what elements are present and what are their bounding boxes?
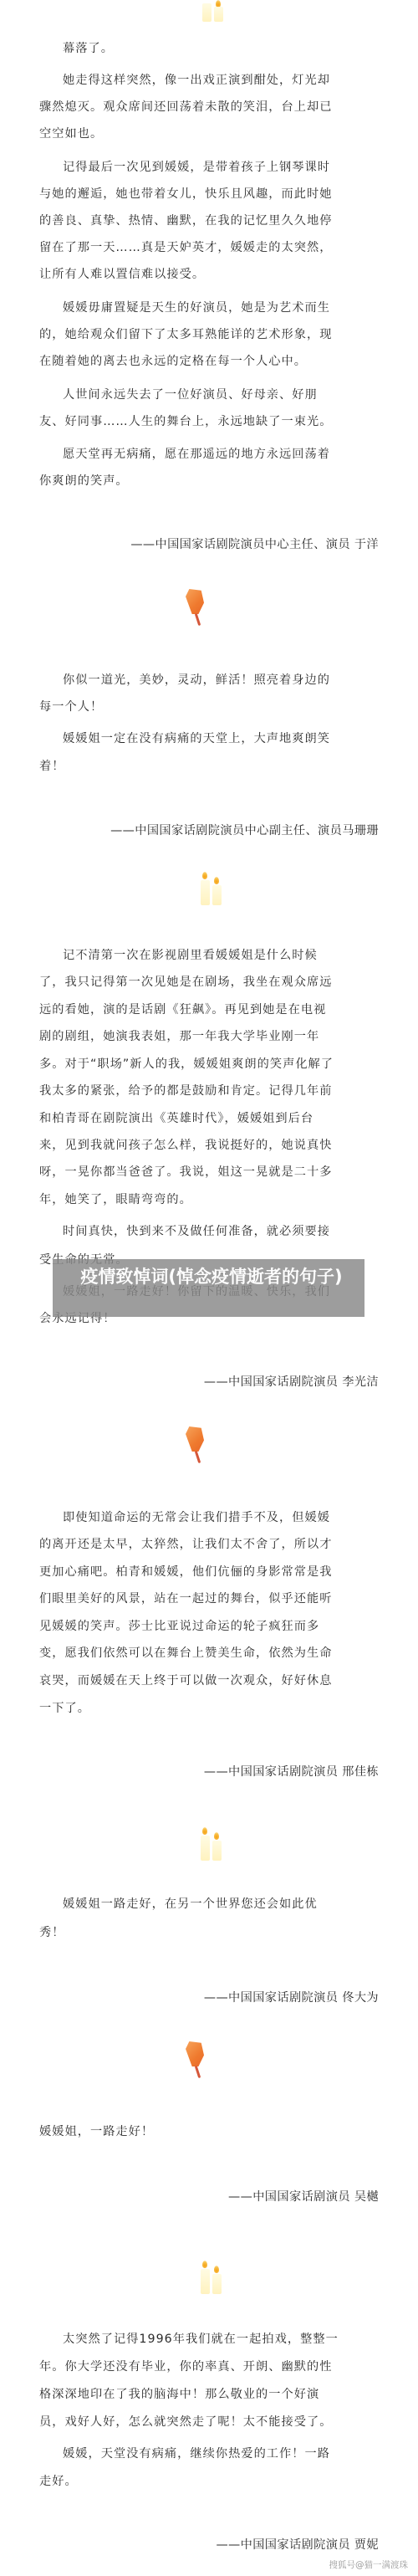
paragraph-line: 媛媛姐一路走好，在另一个世界您还会如此优	[63, 1896, 379, 1913]
candle-icon	[192, 2261, 226, 2294]
paragraph-line: 媛媛毋庸置疑是天生的好演员，她是为艺术而生	[63, 300, 379, 316]
lantern-icon	[184, 1426, 212, 1468]
paragraph-line: 空空如也。	[39, 125, 379, 142]
signature: ——中国国家话剧院演员 贾妮	[216, 2537, 379, 2553]
paragraph-line: 哀哭，而媛媛在天上终于可以做一次观众，好好休息	[39, 1672, 379, 1689]
paragraph-line: 友、好同事……人生的舞台上，永远地缺了一束光。	[39, 413, 379, 430]
candle-icon	[192, 1827, 226, 1861]
paragraph-line: 了，我只记得第一次见她是在剧场，我坐在观众席远	[39, 974, 379, 991]
paragraph-line: 格深深地印在了我的脑海中！那么敬业的一个好演	[39, 2386, 379, 2403]
paragraph-line: 留在了那一天……真是天妒英才，媛媛走的太突然，	[39, 239, 379, 256]
paragraph-line: 年，她笑了，眼睛弯弯的。	[39, 1191, 379, 1208]
paragraph-line: 我太多的紧张，给予的都是鼓励和肯定。记得几年前	[39, 1083, 379, 1099]
paragraph-line: 和柏青哥在剧院演出《英雄时代》，媛媛姐到后台	[39, 1110, 379, 1127]
paragraph-line: 秀！	[39, 1924, 379, 1941]
paragraph-line: 更加心痛吧。柏青和媛媛，他们伉俪的身影常常是我	[39, 1564, 379, 1580]
candle-icon	[192, 872, 226, 905]
paragraph-line: 你爽朗的笑声。	[39, 473, 379, 489]
signature: ——中国国家话剧院演员 邢佳栋	[204, 1764, 379, 1780]
paragraph-line: 记不清第一次在影视剧里看媛媛姐是什么时候	[63, 947, 379, 964]
paragraph-line: 她走得这样突然，像一出戏正演到酣处，灯光却	[63, 72, 379, 89]
paragraph-line: 你似一道光，美妙，灵动，鲜活！照亮着身边的	[63, 672, 379, 689]
paragraph-line: 的，她给观众们留下了太多耳熟能详的艺术形象，现	[39, 326, 379, 343]
title-overlay-banner: 疫情致悼词(悼念疫情逝者的句子)	[53, 1259, 364, 1317]
paragraph-line: 员，戏好人好，怎么就突然走了呢！太不能接受了。	[39, 2414, 379, 2430]
signature: ——中国国家话剧演员 吴樾	[228, 2189, 379, 2205]
paragraph-line: 媛媛姐，一路走好！	[39, 2123, 379, 2140]
paragraph-line: 剧的剧组，她演我表姐，那一年我大学毕业刚一年	[39, 1028, 379, 1045]
paragraph-line: 来，见到我就问孩子怎么样，我说挺好的，她说真快	[39, 1137, 379, 1154]
paragraph-line: 即使知道命运的无常会让我们措手不及，但媛媛	[63, 1509, 379, 1526]
paragraph-line: 与她的邂逅，她也带着女儿，快乐且风趣，而此时她	[39, 186, 379, 202]
source-watermark: 搜狐号@猫一满渡珠	[329, 2558, 409, 2571]
paragraph-line: 着！	[39, 758, 379, 775]
paragraph-line: 记得最后一次见到媛媛，是带着孩子上钢琴课时	[63, 159, 379, 176]
paragraph-line: 时间真快，快到来不及做任何准备，就必须要接	[63, 1223, 379, 1240]
paragraph-line: 的善良、真挚、热情、幽默，在我的记忆里久久地停	[39, 213, 379, 229]
paragraph-line: 媛媛，天堂没有病痛，继续你热爱的工作！一路	[63, 2445, 379, 2462]
signature: ——中国国家话剧院演员中心副主任、演员马珊珊	[110, 822, 379, 839]
paragraph-line: 变，愿我们依然可以在舞台上赞美生命，依然为生命	[39, 1645, 379, 1662]
paragraph-line: 幕落了。	[63, 40, 379, 57]
paragraph-line: 走好。	[39, 2473, 379, 2490]
paragraph-line: 媛媛姐一定在没有病痛的天堂上，大声地爽朗笑	[63, 730, 379, 747]
paragraph-line: 在随着她的离去也永远的定格在每一个人心中。	[39, 353, 379, 370]
lantern-icon	[184, 589, 212, 631]
paragraph-line: 人世间永远失去了一位好演员、好母亲、好朋	[63, 387, 379, 403]
paragraph-line: 骤然熄灭。观众席间还回荡着未散的笑泪，台上却已	[39, 99, 379, 115]
paragraph-line: 多。对于“职场”新人的我，媛媛姐爽朗的笑声化解了	[39, 1056, 379, 1073]
signature: ——中国国家话剧院演员 佟大为	[204, 1990, 379, 2006]
paragraph-line: 年。你大学还没有毕业，你的率真、开朗、幽默的性	[39, 2358, 379, 2375]
paragraph-line: 太突然了记得1996年我们就在一起拍戏，整整一	[63, 2331, 379, 2348]
signature: ——中国国家话剧院演员 李光洁	[204, 1374, 379, 1390]
paragraph-line: 们眼里美好的风景，站在一起过的舞台，似乎还能听	[39, 1590, 379, 1607]
paragraph-line: 的离开还是太早，太猝然，让我们太不舍了，所以才	[39, 1536, 379, 1553]
paragraph-line: 让所有人难以置信难以接受。	[39, 266, 379, 283]
paragraph-line: 远的看她，演的是话剧《狂飙》。再见到她是在电视	[39, 1001, 379, 1018]
paragraph-line: 每一个人！	[39, 699, 379, 715]
paragraph-line: 呀，一晃你都当爸爸了。我说，姐这一晃就是二十多	[39, 1164, 379, 1180]
signature: ——中国国家话剧院演员中心主任、演员 于洋	[130, 536, 379, 553]
paragraph-line: 愿天堂再无病痛，愿在那遥远的地方永远回荡着	[63, 446, 379, 463]
lantern-icon	[184, 2041, 212, 2083]
paragraph-line: 见媛媛的笑声。莎士比亚说过命运的轮子疯狂而多	[39, 1618, 379, 1635]
paragraph-line: 一下了。	[39, 1700, 379, 1717]
overlay-title: 疫情致悼词(悼念疫情逝者的句子)	[61, 1266, 362, 1288]
candle-icon	[192, 0, 226, 22]
